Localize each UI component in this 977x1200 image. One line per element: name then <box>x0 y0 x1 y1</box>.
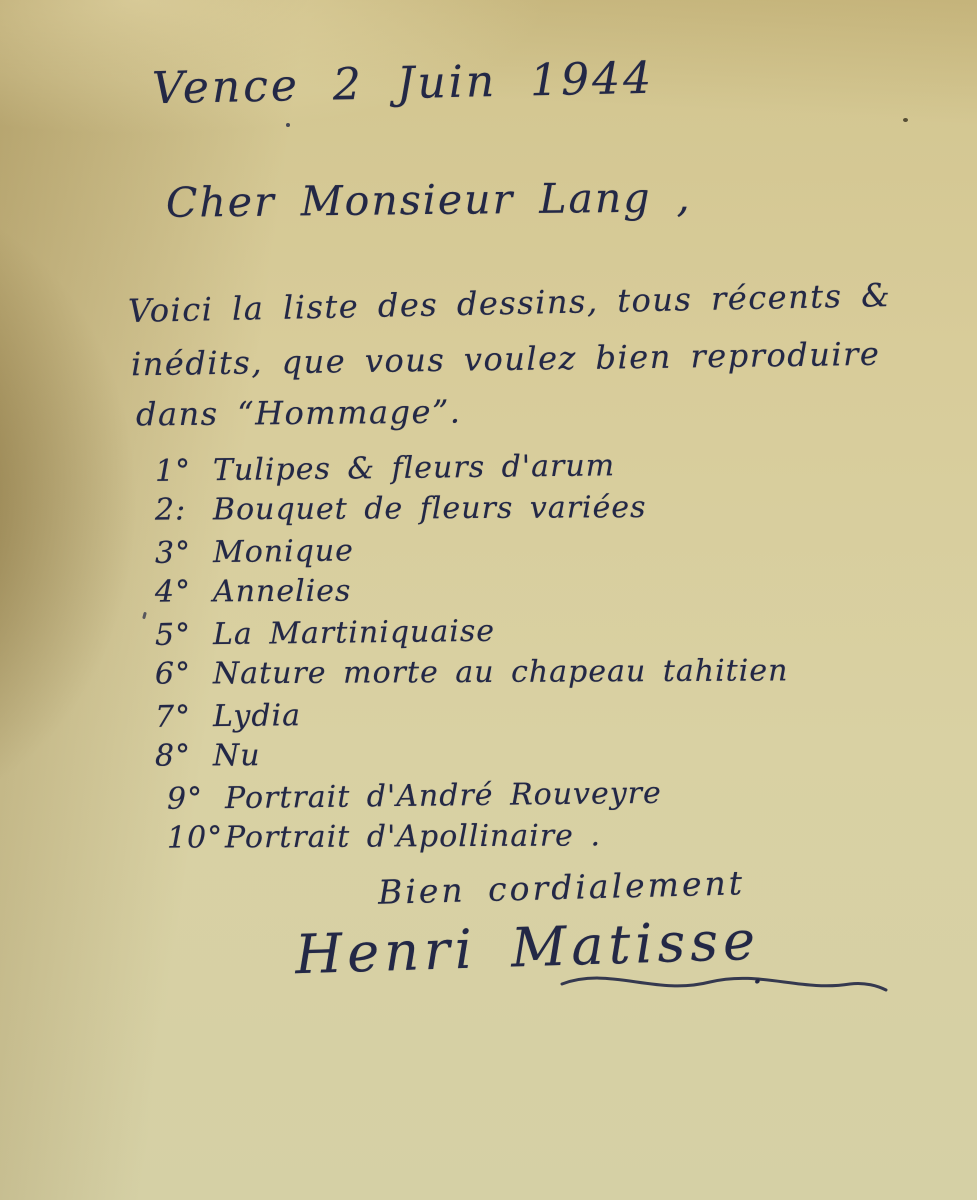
list-item-title: Monique <box>213 533 354 570</box>
list-item: 5° La Martiniquaise <box>155 610 789 659</box>
list-item: 8° Nu <box>155 735 789 779</box>
letter-body-line: inédits, que vous voulez bien reproduire <box>131 335 881 383</box>
list-item-number: 10° <box>167 820 225 855</box>
list-item-number: 9° <box>167 781 225 817</box>
signature-flourish <box>560 962 890 1002</box>
list-item-title: Portrait d'André Rouveyre <box>225 776 662 816</box>
list-item-number: 5° <box>155 617 213 653</box>
list-item-number: 2: <box>155 492 213 527</box>
list-item-title: Nature morte au chapeau tahitien <box>213 653 789 691</box>
paper-speck <box>903 118 908 122</box>
letter-dateline: Vence 2 Juin 1944 <box>152 53 655 115</box>
list-item-title: Tulipes & fleurs d'arum <box>213 448 616 488</box>
list-item-number: 1° <box>155 453 213 489</box>
ink-speck <box>286 123 290 127</box>
list-item: 2: Bouquet de fleurs variées <box>155 489 789 533</box>
letter-body-line: Voici la liste des dessins, tous récents… <box>128 276 892 330</box>
signature-period: . <box>752 952 763 992</box>
list-item-number: 6° <box>155 656 213 691</box>
list-item: 7° Lydia <box>155 692 789 741</box>
ink-speck <box>142 612 147 620</box>
list-item-title: Portrait d'Apollinaire . <box>225 818 601 855</box>
list-item-title: La Martiniquaise <box>213 614 495 652</box>
list-item-number: 8° <box>155 738 213 773</box>
list-item-number: 3° <box>155 535 213 571</box>
list-item-number: 7° <box>155 699 213 735</box>
letter-closing: Bien cordialement <box>378 863 746 912</box>
letter-page-photo: Vence 2 Juin 1944 Cher Monsieur Lang , V… <box>0 0 977 1200</box>
list-item: 1° Tulipes & fleurs d'arum <box>155 446 789 495</box>
list-item: 6° Nature morte au chapeau tahitien <box>155 653 789 697</box>
letter-body-line: dans “Hommage”. <box>136 393 462 434</box>
letter-salutation: Cher Monsieur Lang , <box>166 173 692 227</box>
list-item: 9° Portrait d'André Rouveyre <box>167 774 789 823</box>
list-item: 4° Annelies <box>155 571 789 615</box>
list-item-title: Lydia <box>213 698 301 734</box>
list-item-title: Annelies <box>213 574 352 610</box>
list-item-title: Bouquet de fleurs variées <box>213 490 647 527</box>
list-item-title: Nu <box>213 738 261 773</box>
list-item: 10° Portrait d'Apollinaire . <box>167 817 789 861</box>
list-item: 3° Monique <box>155 528 789 577</box>
list-item-number: 4° <box>155 574 213 609</box>
drawings-list: 1° Tulipes & fleurs d'arum 2: Bouquet de… <box>155 450 788 860</box>
